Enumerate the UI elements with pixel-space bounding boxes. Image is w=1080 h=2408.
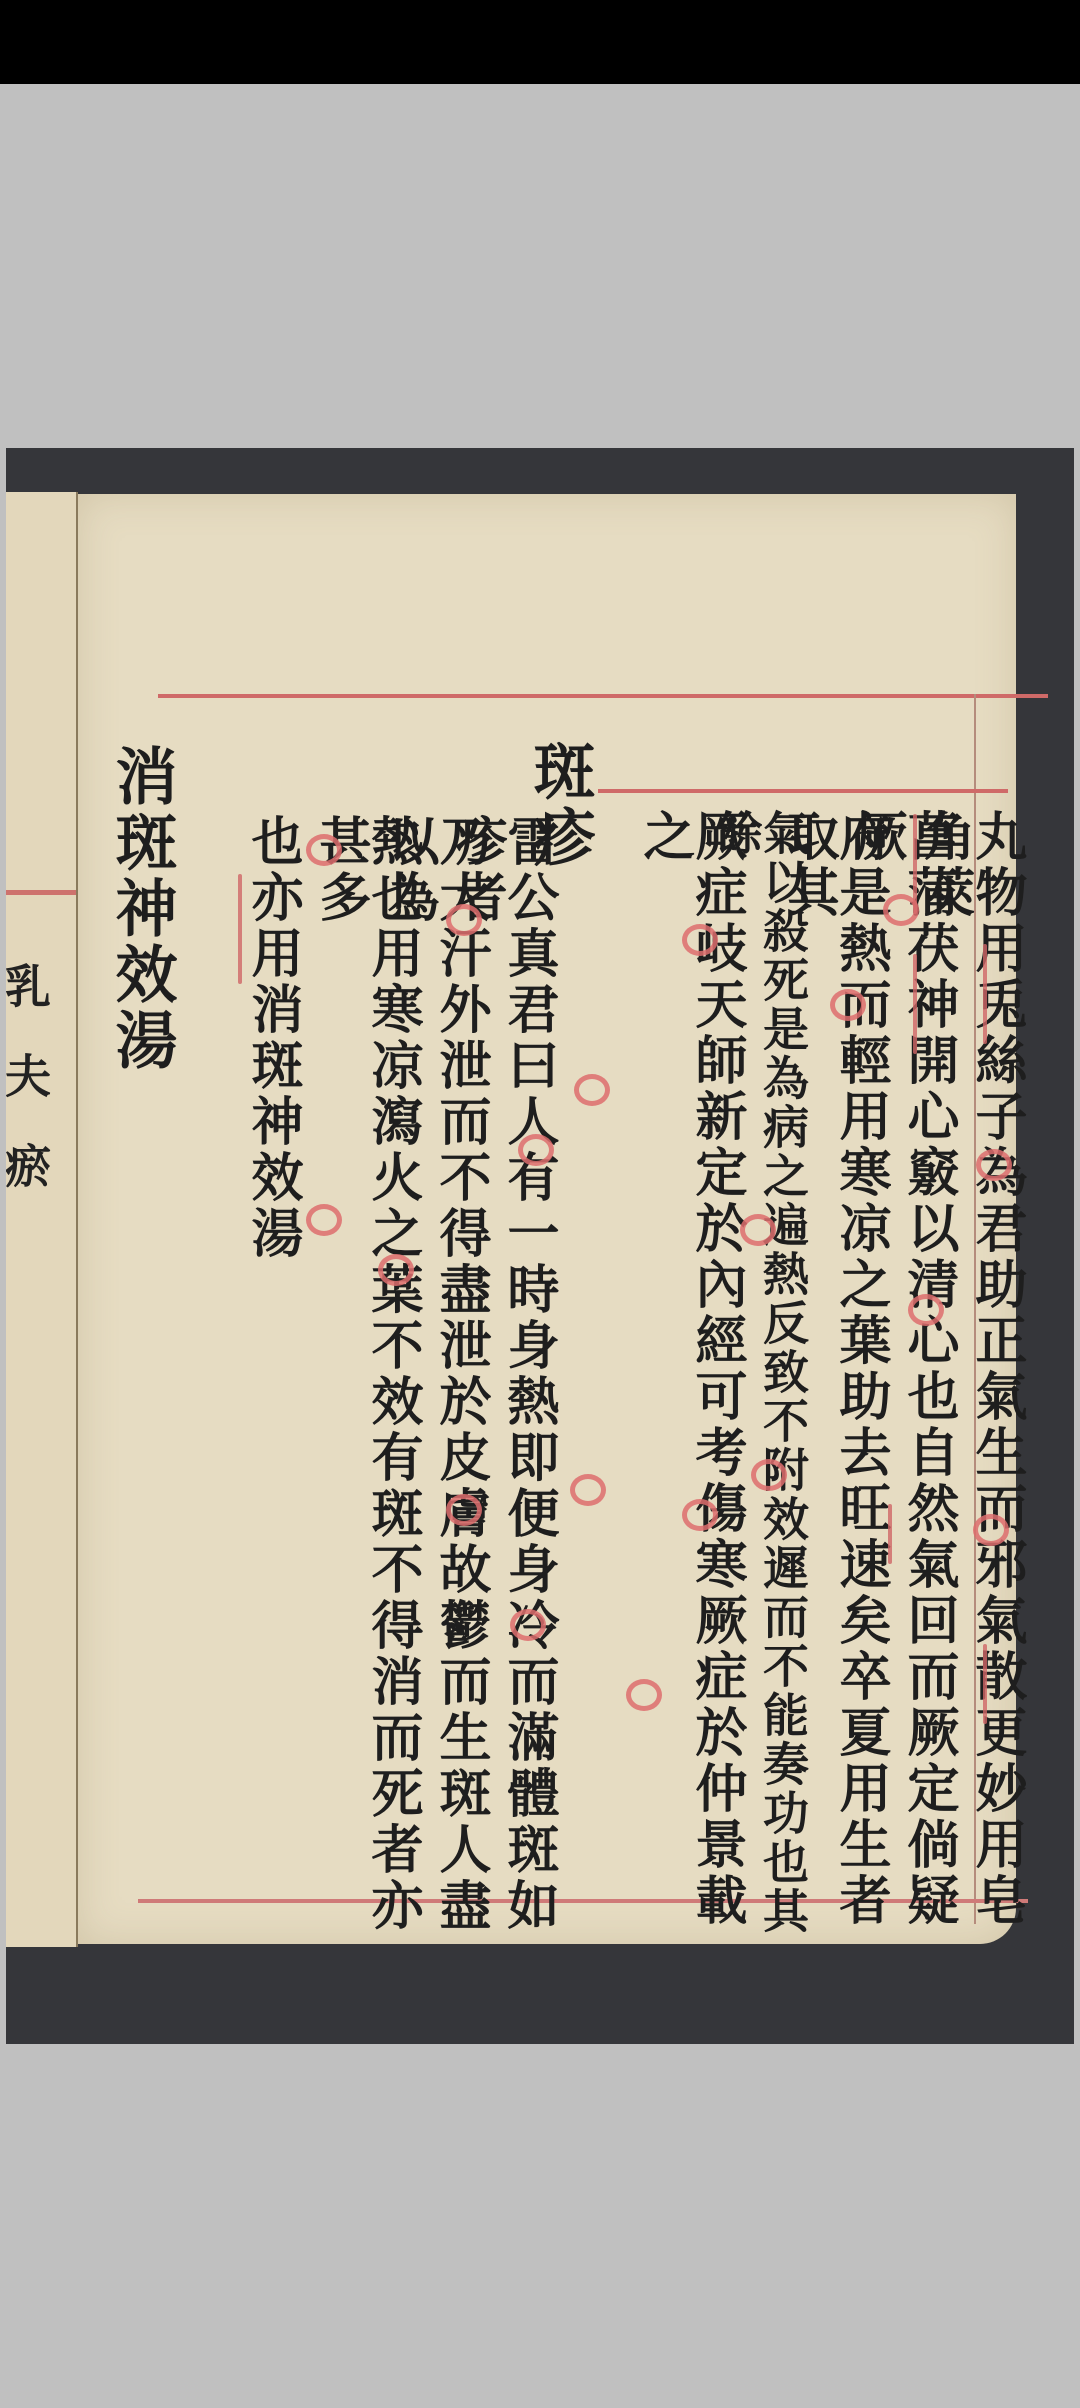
red-underline-mark (238, 874, 242, 984)
red-circle-mark (446, 1494, 482, 1526)
red-underline-mark (913, 954, 917, 1054)
prescription-heading: 消斑神效湯 (110, 744, 172, 1074)
red-circle-mark (510, 1609, 546, 1641)
red-circle-mark (973, 1514, 1009, 1546)
red-rule-header (598, 789, 1008, 793)
red-underline-mark (888, 1504, 892, 1564)
left-page-text: 夫 (8, 1052, 48, 1098)
red-circle-mark (908, 1294, 944, 1326)
red-circle-mark (830, 989, 866, 1021)
red-circle-mark (976, 1149, 1012, 1181)
red-underline-mark (983, 944, 987, 1044)
text-column-5: 厥症岐天師新定於內經可考傷寒厥症於仲景載之 (638, 809, 742, 1944)
red-circle-mark (883, 894, 919, 926)
red-circle-mark (518, 1134, 554, 1166)
text-column-9: 也亦用消斑神效湯 (246, 814, 298, 1262)
red-circle-mark (740, 1214, 776, 1246)
red-circle-mark (570, 1474, 606, 1506)
red-circle-mark (446, 904, 482, 936)
red-circle-mark (306, 1204, 342, 1236)
text-column-8: 熱也用寒凉瀉火之葉不效有斑不得消而死者亦甚多 (314, 814, 418, 1944)
left-page-edge: 乳 夫 瘀 (6, 492, 78, 1947)
red-circle-mark (682, 1499, 718, 1531)
red-rule (6, 890, 76, 895)
red-circle-mark (682, 924, 718, 956)
red-circle-mark (751, 1459, 787, 1491)
left-page-text: 乳 (8, 962, 48, 1008)
manuscript-page: 斑疹 消斑神效湯 丸物用兎絲子為君助正氣生而邪氣散更妙用皂角莢 菖蒲茯神開心竅以… (78, 494, 1016, 1944)
red-circle-mark (574, 1074, 610, 1106)
manuscript-scan[interactable]: 乳 夫 瘀 斑疹 消斑神效湯 丸物用兎絲子為君助正氣生而邪氣散更妙用皂角莢 菖蒲… (6, 448, 1074, 2044)
left-page-text: 瘀 (8, 1142, 48, 1188)
red-underline-mark (983, 1644, 987, 1724)
status-bar (0, 0, 1080, 84)
red-circle-mark (306, 834, 342, 866)
red-circle-mark (626, 1679, 662, 1711)
red-circle-mark (378, 1254, 414, 1286)
red-rule-top (158, 694, 1048, 698)
